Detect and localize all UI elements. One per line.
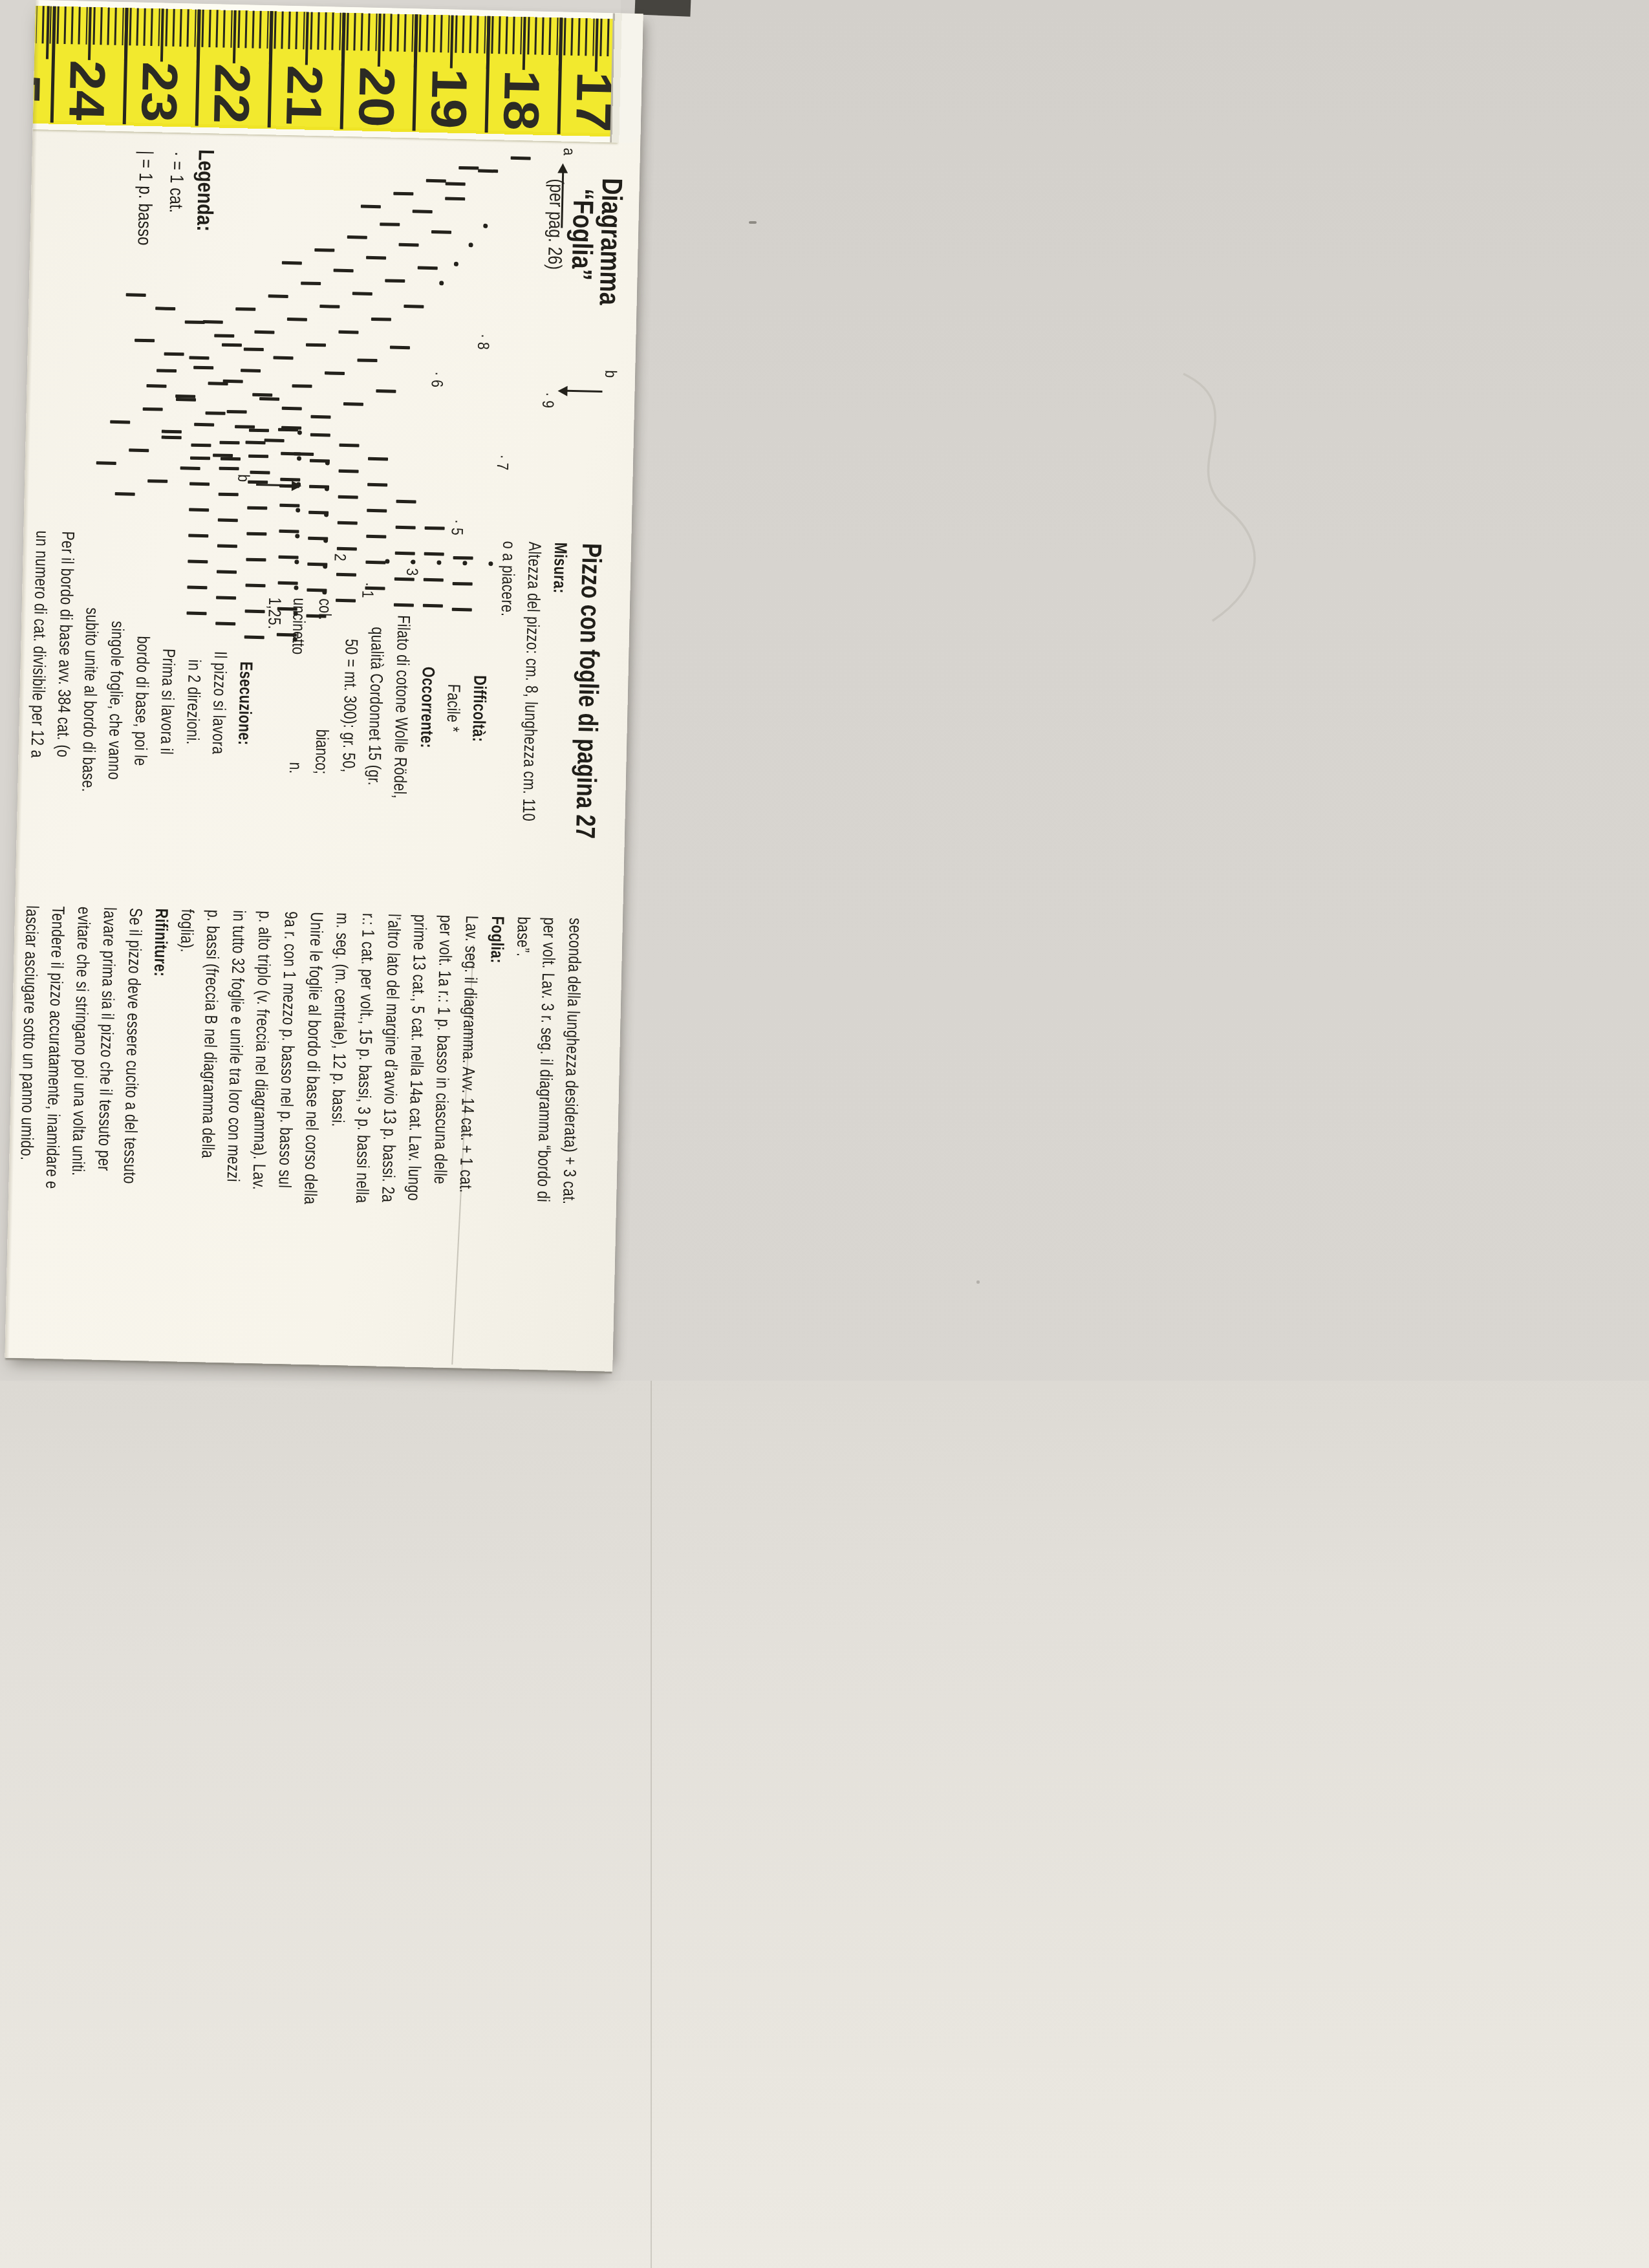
body-line: subito unite al bordo di base. (78, 565, 102, 835)
body-line: un numero di cat. divisibile per 12 a (28, 530, 50, 758)
section-occorrente: Occorrente: (416, 573, 439, 843)
legend-item-single-crochet: | = 1 p. basso (133, 151, 156, 246)
scan-speck (976, 1280, 980, 1284)
body-line: qualità Cordonnet 15 (gr. (364, 572, 387, 841)
section-difficolta: Difficoltà: (468, 574, 491, 844)
body-line: Per il bordo di base avv. 384 cat. (o (54, 531, 76, 758)
body-line: seconda della lunghezza desiderata) + 3 … (560, 918, 584, 1205)
body-line: Tendere il pizzo accuratamente, inamidar… (43, 906, 67, 1189)
body-line: lavare prima sia il pizzo che il tessuto… (95, 907, 118, 1171)
arrow-a-label: a (559, 147, 578, 155)
body-line: o a piacere. (499, 541, 518, 617)
scan-hair-scratch (1158, 362, 1326, 637)
section-esecuzione: Esecuzione: (233, 568, 257, 838)
body-line: per volt. 1a r.: 1 p. basso in ciascuna … (431, 914, 455, 1184)
scanned-magazine-page: { "ruler": { "numbers": ["24","23","22",… (0, 0, 1649, 2268)
article-title: Pizzo con foglie di pagina 27 (572, 543, 605, 839)
body-line: lasciar asciugare sotto un panno umido. (17, 905, 41, 1161)
body-line: Prima si lavora il (156, 567, 179, 837)
body-line: p. alto triplo (v. freccia nel diagramma… (250, 911, 274, 1191)
body-line: per volt. Lav. 3 r. seg. il diagramma “b… (534, 917, 558, 1202)
magazine-insert-card: 5 24 23 22 21 20 19 18 17 Diagramma “Fog… (5, 0, 643, 1372)
page-edge-line (651, 1381, 652, 2268)
article-column-2: seconda della lunghezza desiderata) + 3 … (7, 905, 623, 1268)
body-line-justified: col. bianco; (311, 598, 335, 775)
body-line: singole foglie, che vanno (104, 566, 127, 836)
arrow-b1-icon (557, 385, 567, 396)
body-line: in 2 direzioni. (182, 568, 205, 837)
body-line: foglia). (178, 909, 197, 953)
arrow-b1-shaft (566, 390, 602, 393)
body-line: evitare che si stringano poi una volta u… (69, 907, 92, 1176)
legend-item-chain: · = 1 cat. (165, 151, 188, 213)
arrow-b2-label: b (233, 474, 252, 482)
chart-row-label-5: · 5 (447, 519, 466, 535)
body-line: Filato di cotone Wolle Rödel, (390, 572, 413, 842)
arrow-b2-shaft (256, 484, 292, 486)
chart-row-label-7: · 7 (493, 454, 512, 470)
body-line: bordo di base, poi le (130, 567, 153, 836)
body-line: p. bassi (freccia B nel diagramma della (199, 909, 222, 1158)
body-word: uncinetto (288, 598, 309, 654)
section-foglia: Foglia: (488, 916, 506, 964)
chart-row-label-6: · 6 (427, 371, 447, 387)
body-line: r.: 1 cat. per volt., 15 p. bassi, 3 p. … (353, 913, 377, 1204)
body-line: prime 13 cat., 5 cat. nella 14a cat. Lav… (405, 914, 429, 1202)
body-word: n. (285, 762, 305, 774)
body-line: base”. (514, 916, 532, 957)
rotated-card-content: Diagramma “Foglia” (per pag. 26) a b b ·… (5, 129, 640, 1372)
body-line: in tutto 32 foglie e unirle tra loro con… (224, 910, 248, 1182)
legend-title: Legenda: (191, 149, 219, 232)
article-column-1: Pizzo con foglie di pagina 27 Misura: Al… (16, 530, 631, 893)
body-line: 1,25. (265, 597, 283, 629)
body-line: m. seg. (m. centrale), 12 p. bassi. (329, 913, 352, 1127)
body-line: Facile * (442, 574, 465, 843)
body-line: 50 = mt. 300): gr. 50, (338, 571, 361, 841)
chart-row-label-9: · 9 (538, 392, 557, 408)
body-line-justified: uncinetto n. (285, 598, 309, 774)
section-rifiniture: Rifiniture: (151, 908, 170, 977)
scanner-background-right (621, 0, 1649, 1416)
body-line: Se il pizzo deve essere cucito a del tes… (121, 908, 145, 1185)
body-line: Il pizzo si lavora (208, 568, 231, 837)
underlying-page-area (0, 1381, 1649, 2268)
body-word: col. (314, 598, 335, 620)
body-line: Altezza del pizzo: cm. 8, lunghezza cm. … (519, 541, 543, 821)
diagram-title-2: “Foglia” (565, 188, 599, 281)
body-line: l’altro lato del margine d’avvio 13 p. b… (379, 914, 403, 1203)
arrow-b1-label: b (601, 370, 620, 378)
body-line: Lav. seg. il diagramma. Avv. 14 cat. + 1… (457, 915, 480, 1193)
arrow-a-icon (557, 163, 568, 173)
body-word: bianco; (311, 729, 332, 774)
arrow-b2-icon (292, 481, 301, 491)
chart-row-label-8: · 8 (473, 334, 493, 350)
body-line: 9a r. con 1 mezzo p. basso nel p. basso … (275, 911, 299, 1189)
body-line: Unire le foglie al bordo di base nel cor… (301, 912, 325, 1205)
section-misura: Misura: (550, 542, 569, 594)
scan-speck (749, 221, 757, 224)
